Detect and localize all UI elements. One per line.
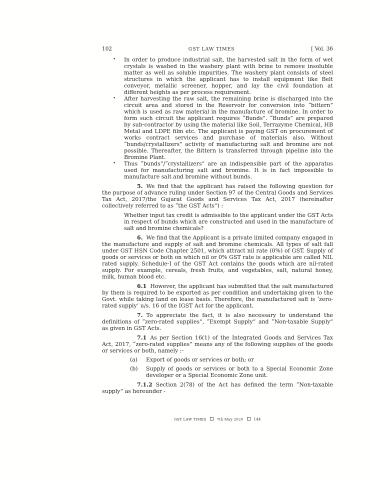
- running-header: 102 GST LAW TIMES [ Vol. 36: [102, 46, 333, 53]
- bullet-icon: •: [113, 161, 116, 168]
- bullet-text: In order to produce industrial salt, the…: [124, 57, 333, 96]
- bullet-text: After harvesting the raw salt, the remai…: [124, 96, 333, 161]
- paragraph-6: 6.We find that the Applicant is a privat…: [102, 235, 333, 281]
- bullet-item-1: • In order to produce industrial salt, t…: [102, 57, 333, 96]
- paragraph-text: We find that the Applicant is a private …: [102, 235, 333, 281]
- bullet-item-3: • Thus “bunds”/“crystallizers” are an in…: [102, 161, 333, 181]
- bullet-text: Thus “bunds”/“crystallizers” are an indi…: [124, 161, 333, 181]
- list-item-text: Export of goods or services or both; or: [146, 357, 254, 364]
- ruling-question: Whether input tax credit is admissible t…: [102, 212, 333, 232]
- paragraph-5: 5.We find that the applicant has raised …: [102, 183, 333, 209]
- list-item-label: (b): [130, 366, 138, 373]
- list-item-label: (a): [130, 357, 138, 364]
- paragraph-7: 7.To appreciate the fact, it is also nec…: [102, 312, 333, 332]
- body-text: • In order to produce industrial salt, t…: [102, 57, 333, 395]
- journal-title: GST LAW TIMES: [112, 47, 311, 53]
- volume-label: [ Vol. 36: [311, 46, 333, 52]
- list-item-a: (a) Export of goods or services or both;…: [102, 357, 333, 364]
- footer-journal: GST LAW TIMES: [174, 418, 206, 422]
- footer-page: 144: [254, 418, 261, 422]
- bullet-icon: •: [113, 96, 116, 103]
- footer-date: 7th May 2020: [217, 418, 243, 422]
- document-page: 102 GST LAW TIMES [ Vol. 36 • In order t…: [0, 0, 370, 480]
- page-footer: GST LAW TIMES7th May 2020144: [102, 417, 333, 422]
- box-separator-icon: [210, 417, 214, 421]
- paragraph-7-1: 7.1As per Section 16(1) of the Integrate…: [102, 335, 333, 355]
- list-item-b: (b) Supply of goods or services or both …: [102, 366, 333, 379]
- question-text: Whether input tax credit is admissible t…: [124, 212, 333, 232]
- page-number: 102: [102, 46, 112, 52]
- list-item-text: Supply of goods or services or both to a…: [146, 366, 333, 379]
- paragraph-6-1: 6.1However, the applicant has submitted …: [102, 283, 333, 309]
- bullet-item-2: • After harvesting the raw salt, the rem…: [102, 96, 333, 161]
- box-separator-icon: [247, 417, 251, 421]
- bullet-icon: •: [113, 57, 116, 64]
- paragraph-7-1-2: 7.1.2Section 2(78) of the Act has define…: [102, 382, 333, 395]
